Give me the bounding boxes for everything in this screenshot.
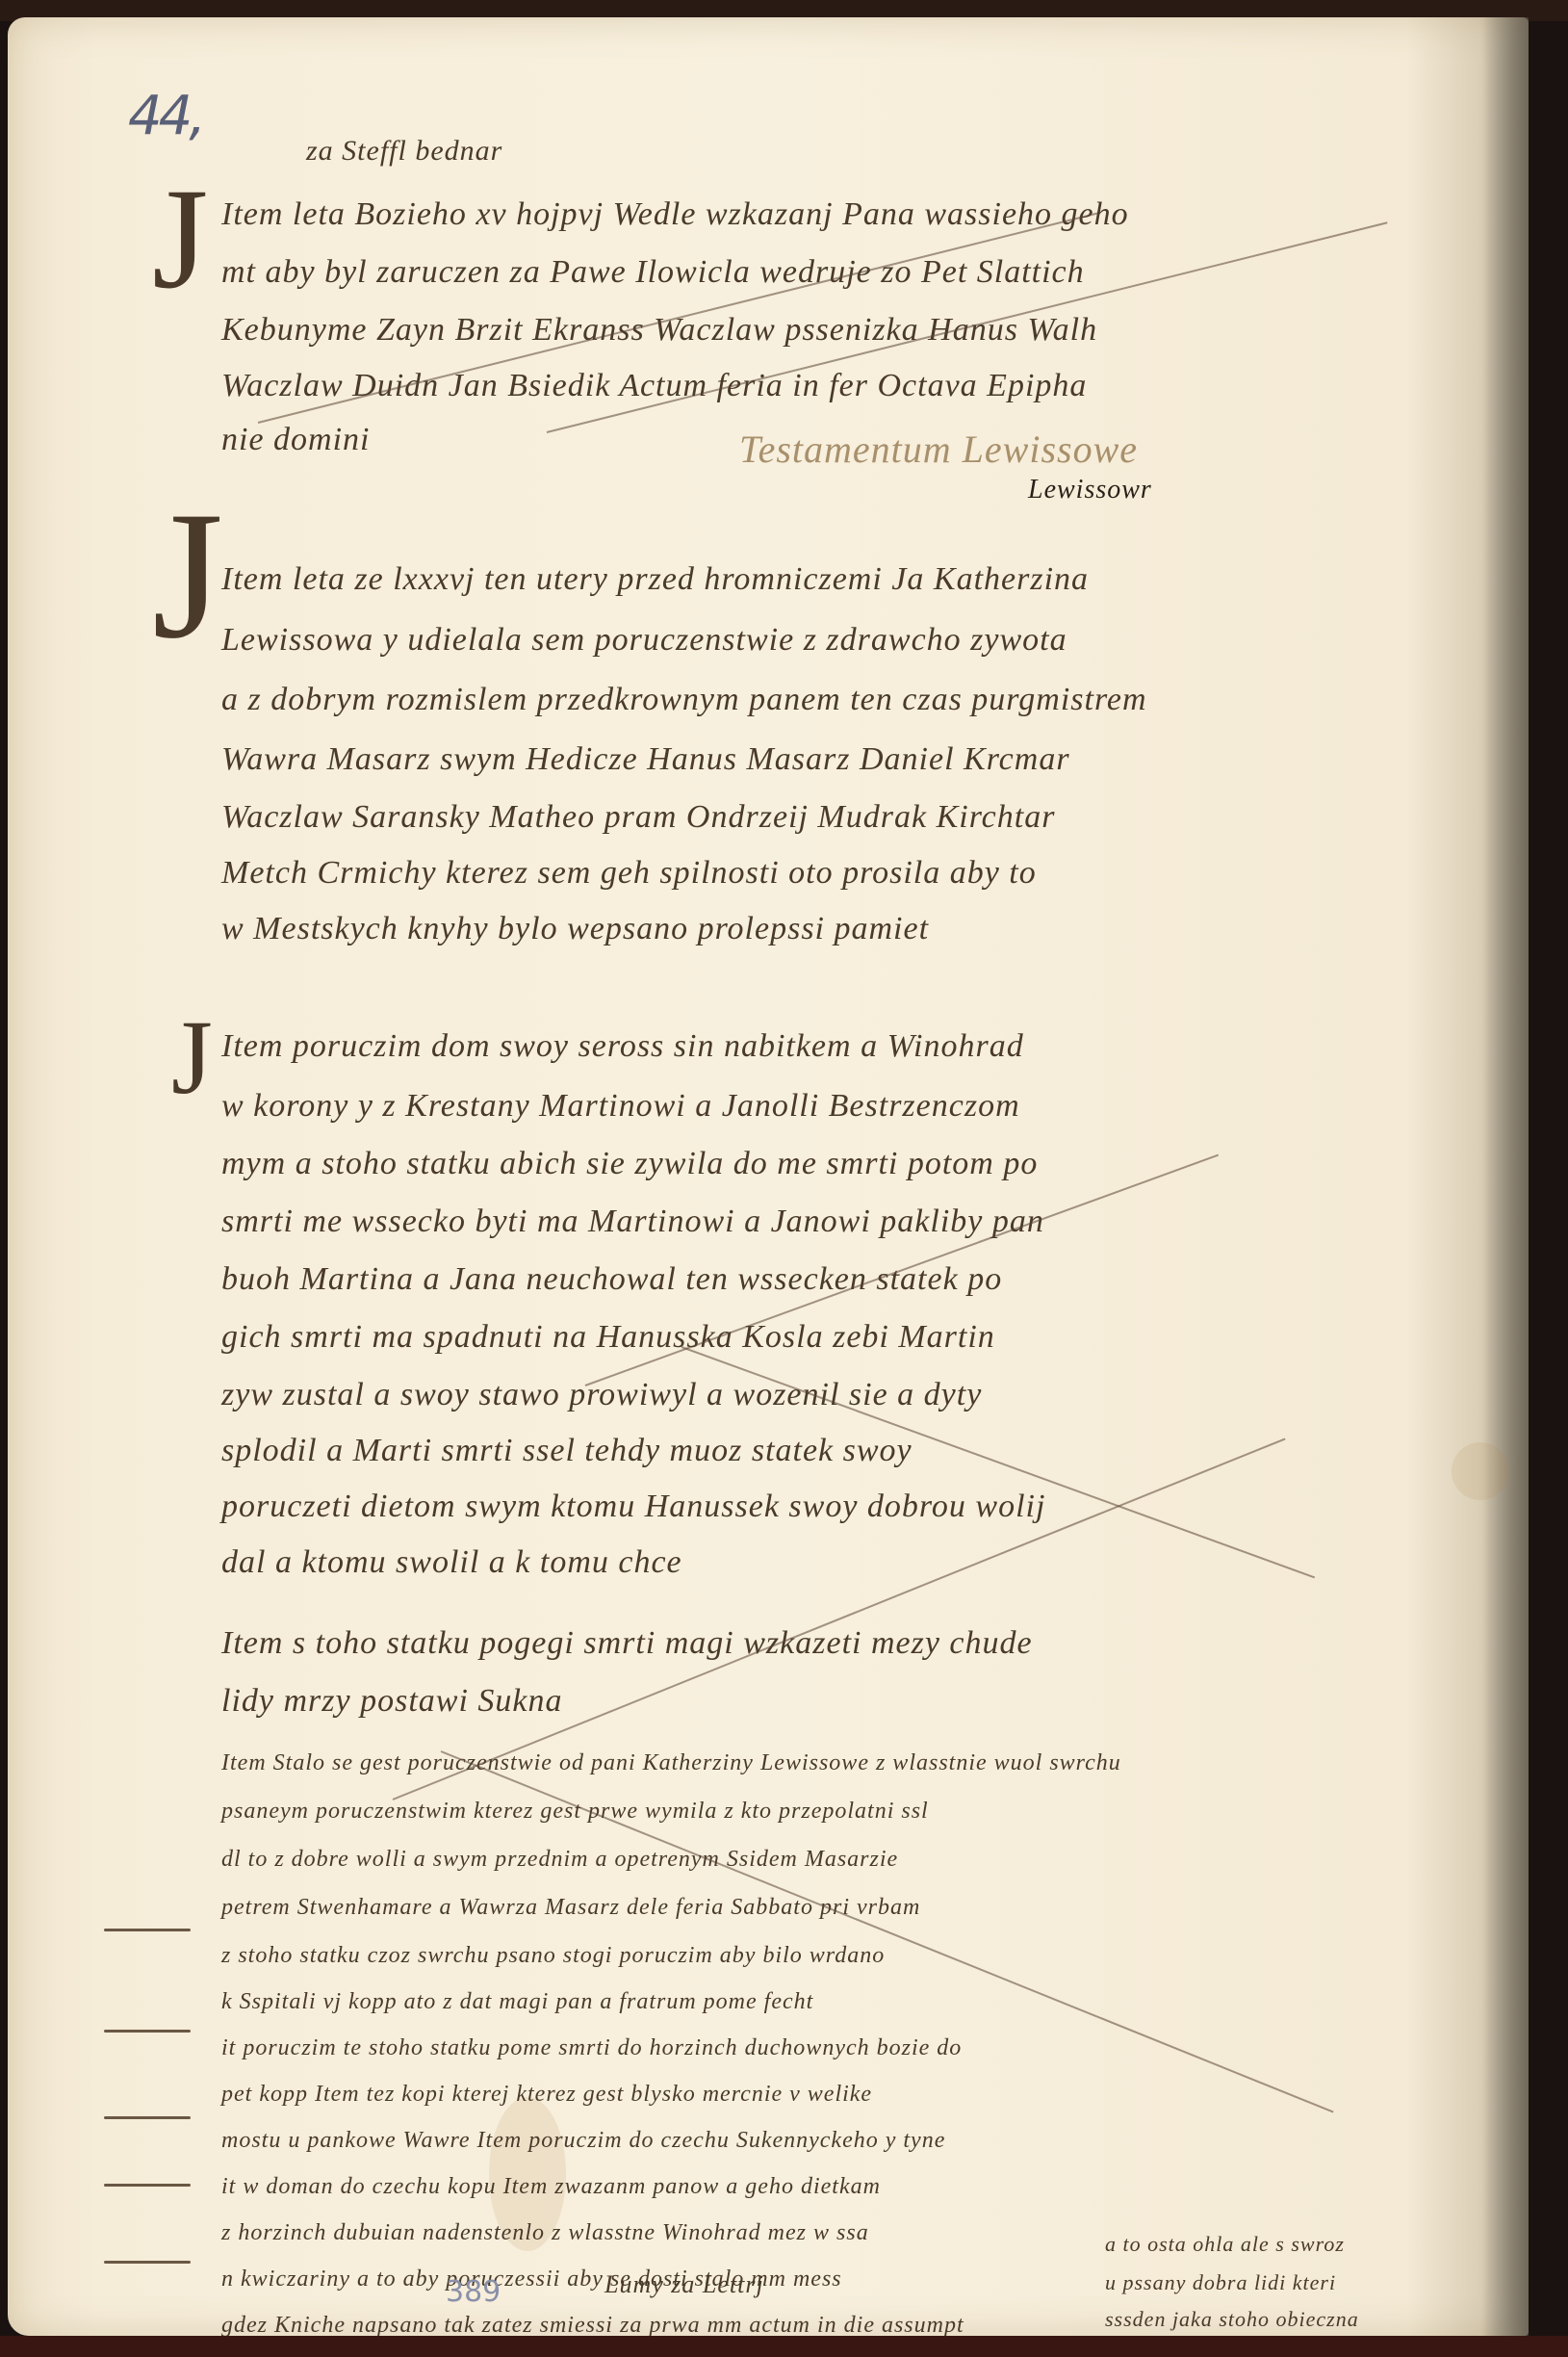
entry-initial-mark: J — [171, 1004, 213, 1110]
entry-2-line-1: Item leta ze lxxxvj ten utery przed hrom… — [221, 561, 1089, 598]
entry-3-line-5: buoh Martina a Jana neuchowal ten wsseck… — [221, 1261, 1002, 1298]
folio-number: 44, — [128, 85, 202, 147]
entry-4-line-2: lidy mrzy postawi Sukna — [221, 1683, 562, 1720]
bottom-note-line-1: a to osta ohla ale s swroz — [1105, 2232, 1345, 2257]
entry-5-line-11: z horzinch dubuian nadenstenlo z wlasstn… — [221, 2220, 869, 2246]
entry-3-line-2: w korony y z Krestany Martinowi a Janoll… — [221, 1088, 1020, 1125]
bottom-note-line-3: sssden jaka stoho obieczna — [1105, 2307, 1359, 2332]
testament-heading: Testamentum Lewissowe — [739, 427, 1138, 472]
entry-3-line-10: dal a ktomu swolil a k tomu chce — [221, 1544, 682, 1581]
entry-5-line-2: psaneym poruczenstwim kterez gest prwe w… — [221, 1799, 929, 1825]
manuscript-page: 44, za Steffl bednar J Item leta Bozieho… — [8, 17, 1529, 2336]
entry-initial-mark: J — [152, 167, 208, 311]
entry-3-line-3: mym a stoho statku abich sie zywila do m… — [221, 1146, 1038, 1182]
entry-2-line-5: Waczlaw Saransky Matheo pram Ondrzeij Mu… — [221, 799, 1055, 836]
entry-1-line-5: nie domini — [221, 422, 370, 458]
entry-1-line-3: Kebunyme Zayn Brzit Ekranss Waczlaw psse… — [221, 312, 1097, 349]
entry-2-line-7: w Mestskych knyhy bylo wepsano prolepssi… — [221, 911, 929, 947]
margin-dash — [104, 1929, 191, 1931]
entry-3-line-6: gich smrti ma spadnuti na Hanusska Kosla… — [221, 1319, 995, 1356]
entry-5-line-6: k Sspitali vj kopp ato z dat magi pan a … — [221, 1989, 813, 2015]
margin-dash — [104, 2030, 191, 2033]
entry-1-line-1: Item leta Bozieho xv hojpvj Wedle wzkaza… — [221, 196, 1129, 233]
marginal-heading: za Steffl bednar — [306, 135, 502, 168]
paper-stain — [1452, 1442, 1509, 1500]
margin-dash — [104, 2184, 191, 2187]
entry-4-line-1: Item s toho statku pogegi smrti magi wzk… — [221, 1625, 1033, 1662]
page-spine-shadow — [1480, 17, 1529, 2336]
entry-3-line-4: smrti me wssecko byti ma Martinowi a Jan… — [221, 1204, 1044, 1240]
entry-5-line-13: gdez Kniche napsano tak zatez smiessi za… — [221, 2313, 964, 2339]
entry-3-line-1: Item poruczim dom swoy seross sin nabitk… — [221, 1028, 1024, 1065]
margin-dash — [104, 2261, 191, 2264]
entry-1-line-2: mt aby byl zaruczen za Pawe Ilowicla wed… — [221, 254, 1085, 291]
entry-5-line-8: pet kopp Item tez kopi kterej kterez ges… — [221, 2082, 872, 2108]
entry-5-line-5: z stoho statku czoz swrchu psano stogi p… — [221, 1943, 885, 1969]
entry-2-line-3: a z dobrym rozmislem przedkrownym panem … — [221, 682, 1147, 718]
entry-initial-mark: J — [152, 484, 223, 667]
entry-3-line-7: zyw zustal a swoy stawo prowiwyl a wozen… — [221, 1377, 982, 1413]
entry-3-line-9: poruczeti dietom swym ktomu Hanussek swo… — [221, 1489, 1045, 1525]
entry-5-line-4: petrem Stwenhamare a Wawrza Masarz dele … — [221, 1895, 920, 1921]
entry-3-line-8: splodil a Marti smrti ssel tehdy muoz st… — [221, 1433, 913, 1469]
entry-2-line-4: Wawra Masarz swym Hedicze Hanus Masarz D… — [221, 741, 1070, 778]
bottom-center-note: Lumy za Lettrj — [604, 2270, 764, 2299]
entry-5-line-9: mostu u pankowe Wawre Item poruczim do c… — [221, 2128, 945, 2154]
pencil-page-number: 389 — [446, 2275, 501, 2309]
book-binding-bottom — [0, 2336, 1568, 2357]
entry-5-line-3: dl to z dobre wolli a swym przednim a op… — [221, 1847, 898, 1873]
entry-5-line-10: it w doman do czechu kopu Item zwazanm p… — [221, 2174, 881, 2200]
entry-2-line-2: Lewissowa y udielala sem poruczenstwie z… — [221, 622, 1067, 659]
entry-5-line-7: it poruczim te stoho statku pome smrti d… — [221, 2035, 962, 2061]
entry-5-line-1: Item Stalo se gest poruczenstwie od pani… — [221, 1750, 1121, 1776]
heading-gloss: Lewissowr — [1028, 475, 1152, 505]
entry-2-line-6: Metch Crmichy kterez sem geh spilnosti o… — [221, 855, 1037, 892]
bottom-note-line-2: u pssany dobra lidi kteri — [1105, 2270, 1336, 2295]
margin-dash — [104, 2116, 191, 2119]
